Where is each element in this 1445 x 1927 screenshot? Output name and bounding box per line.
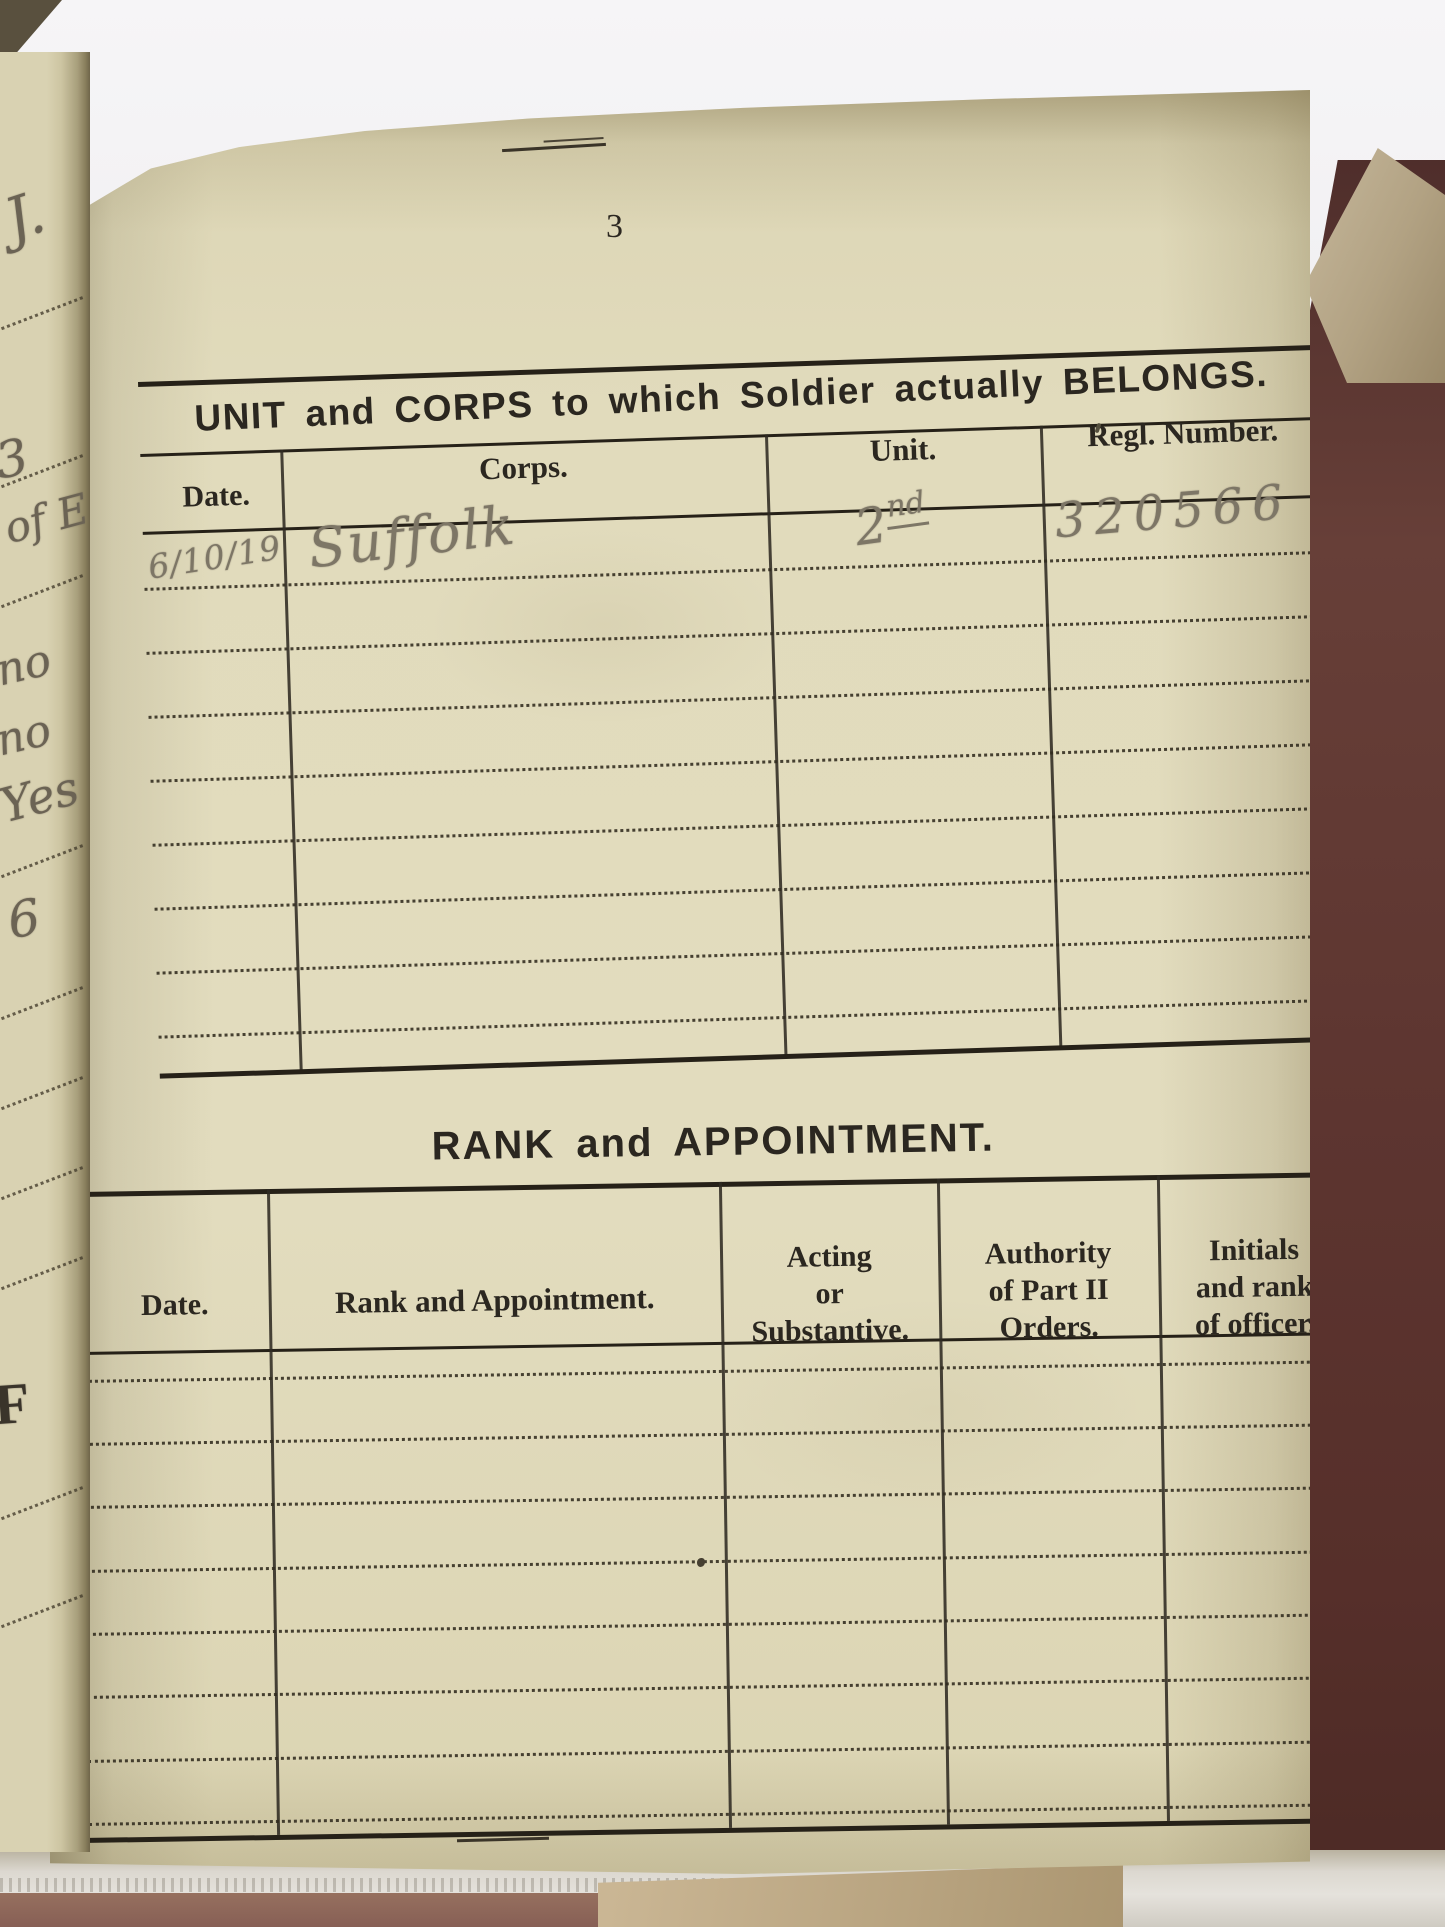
header-line: and rank: [1196, 1270, 1314, 1305]
header-line: Authority: [984, 1236, 1111, 1271]
rank-appointment-title: RANK and APPOINTMENT.: [78, 1110, 1349, 1175]
table-bottom-rule: [160, 1036, 1345, 1078]
column-header-acting-substantive: Acting or Substantive.: [720, 1237, 940, 1351]
table-row: [153, 807, 1338, 847]
margin-dotted-line: [0, 296, 83, 335]
margin-dotted-line: [0, 1594, 83, 1633]
margin-handwriting: 6: [4, 888, 44, 950]
top-rule-mark: [502, 143, 606, 152]
header-line: Date.: [141, 1288, 209, 1322]
table-surface: [0, 1893, 598, 1927]
table-row: [159, 998, 1344, 1038]
header-line: of Part II: [988, 1273, 1108, 1308]
margin-dotted-line: [0, 574, 83, 613]
margin-dotted-line: [0, 844, 83, 883]
handwritten-date: 6/10/19: [145, 528, 284, 587]
margin-dotted-line: [0, 1256, 83, 1295]
header-line: Initials: [1209, 1233, 1300, 1267]
margin-dotted-line: [0, 1486, 83, 1525]
handwritten-corps: Suffolk: [305, 493, 519, 580]
table-row: [146, 615, 1331, 655]
margin-handwriting: no: [0, 634, 56, 696]
margin-dotted-line: [0, 1076, 83, 1115]
column-header-unit: Unit.: [765, 428, 1041, 473]
column-separator: [280, 449, 303, 1071]
margin-handwriting: of E: [0, 484, 94, 553]
table-row: [151, 743, 1336, 783]
margin-handwriting: no: [0, 704, 56, 766]
unit-ordinal-suffix: nd: [882, 485, 930, 530]
handwritten-unit: 2nd: [851, 490, 933, 558]
margin-dotted-line: [0, 986, 83, 1025]
table-row: [157, 934, 1342, 974]
margin-handwriting: J.: [0, 178, 53, 254]
column-header-authority-part2: Authority of Part II Orders.: [938, 1233, 1160, 1347]
book-cover-right: [1296, 160, 1445, 1898]
photo-backdrop: 3 UNIT and CORPS to which Soldier actual…: [0, 0, 1445, 1927]
rank-appointment-table: RANK and APPOINTMENT. Date. Rank and App…: [78, 1110, 1359, 1845]
previous-page-edge: J. 3 of E no no Yes 6 F: [0, 52, 90, 1852]
column-separator: [765, 434, 788, 1056]
margin-dotted-line: [0, 1166, 83, 1205]
header-line: Rank and Appointment.: [335, 1280, 655, 1320]
margin-printed-letter: F: [0, 1369, 32, 1438]
handwritten-regl-number: 320566: [1053, 474, 1294, 550]
header-line: Acting: [786, 1240, 872, 1274]
column-header-regl-number: Regl. Number.: [1040, 411, 1326, 456]
unit-corps-table: UNIT and CORPS to which Soldier actually…: [138, 345, 1344, 1082]
margin-handwriting: Yes: [0, 761, 85, 835]
margin-handwriting: 3: [0, 427, 33, 490]
column-header-date: Date.: [153, 478, 279, 516]
paybook-page: 3 UNIT and CORPS to which Soldier actual…: [50, 90, 1310, 1874]
header-line: or: [815, 1277, 844, 1310]
page-number: 3: [606, 208, 624, 246]
table-row: [155, 871, 1340, 911]
table-row: [148, 679, 1333, 719]
column-header-rank-appointment: Rank and Appointment.: [268, 1278, 721, 1322]
column-header-date: Date.: [80, 1285, 269, 1325]
